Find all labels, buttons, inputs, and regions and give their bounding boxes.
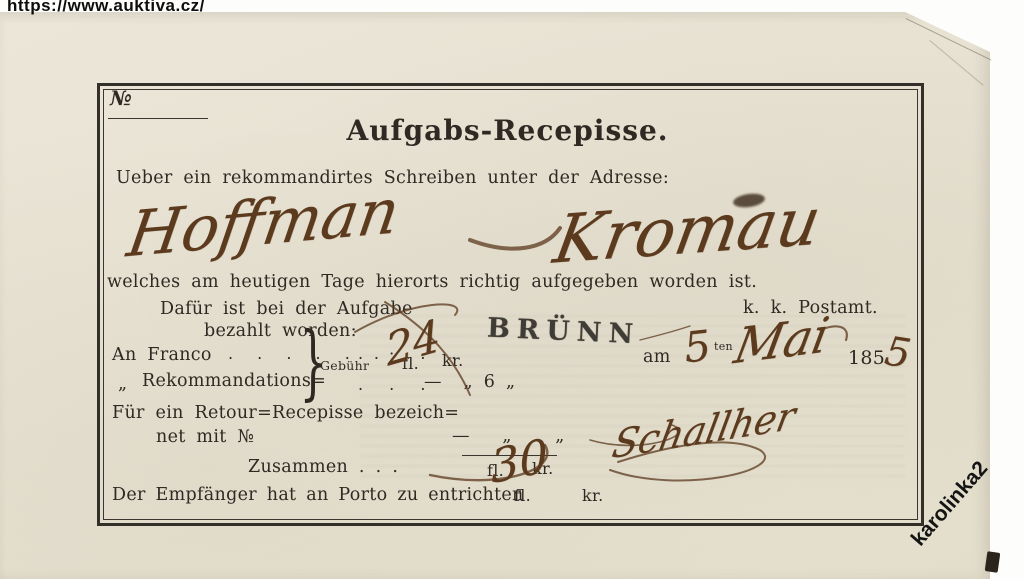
date-ten-label: ten	[714, 340, 733, 353]
ink-corner-mark	[985, 551, 1001, 573]
paid-line-2: bezahlt worden:	[204, 321, 357, 341]
franco-label: An Franco	[112, 345, 212, 365]
paid-line-1: Dafür ist bei der Aufgabe	[160, 299, 413, 319]
date-day-handwritten: 5	[682, 321, 714, 373]
zusammen-label: Zusammen . . .	[248, 457, 398, 477]
porto-fl-unit: fl.	[514, 486, 531, 505]
date-am-label: am	[643, 347, 671, 367]
number-label: №	[110, 86, 132, 110]
rekommandations-dots: . . .	[358, 375, 433, 394]
confirmation-line: welches am heutigen Tage hierorts richti…	[107, 272, 757, 292]
retour-line-2: net mit №	[156, 427, 254, 447]
form-title: Aufgabs-Recepisse.	[97, 114, 918, 147]
porto-kr-unit: kr.	[582, 486, 604, 505]
retour-line-1: Für ein Retour=Recepisse bezeich=	[112, 403, 459, 423]
franco-kr-unit: kr.	[442, 351, 464, 370]
ditto-mark: „	[118, 374, 127, 394]
auction-url-watermark: https://www.auktiva.cz/	[7, 0, 205, 16]
date-year-printed: 185	[848, 347, 885, 369]
bruenn-postmark-stamp: BRÜNN	[486, 313, 640, 351]
scanned-receipt-page: https://www.auktiva.cz/ № Aufgabs-Recepi…	[0, 0, 1024, 579]
rekommandations-value: — „ 6 „	[424, 372, 515, 392]
porto-line: Der Empfänger hat an Porto zu entrichten	[112, 485, 524, 505]
rekommandations-label: Rekommandations=	[142, 371, 326, 391]
